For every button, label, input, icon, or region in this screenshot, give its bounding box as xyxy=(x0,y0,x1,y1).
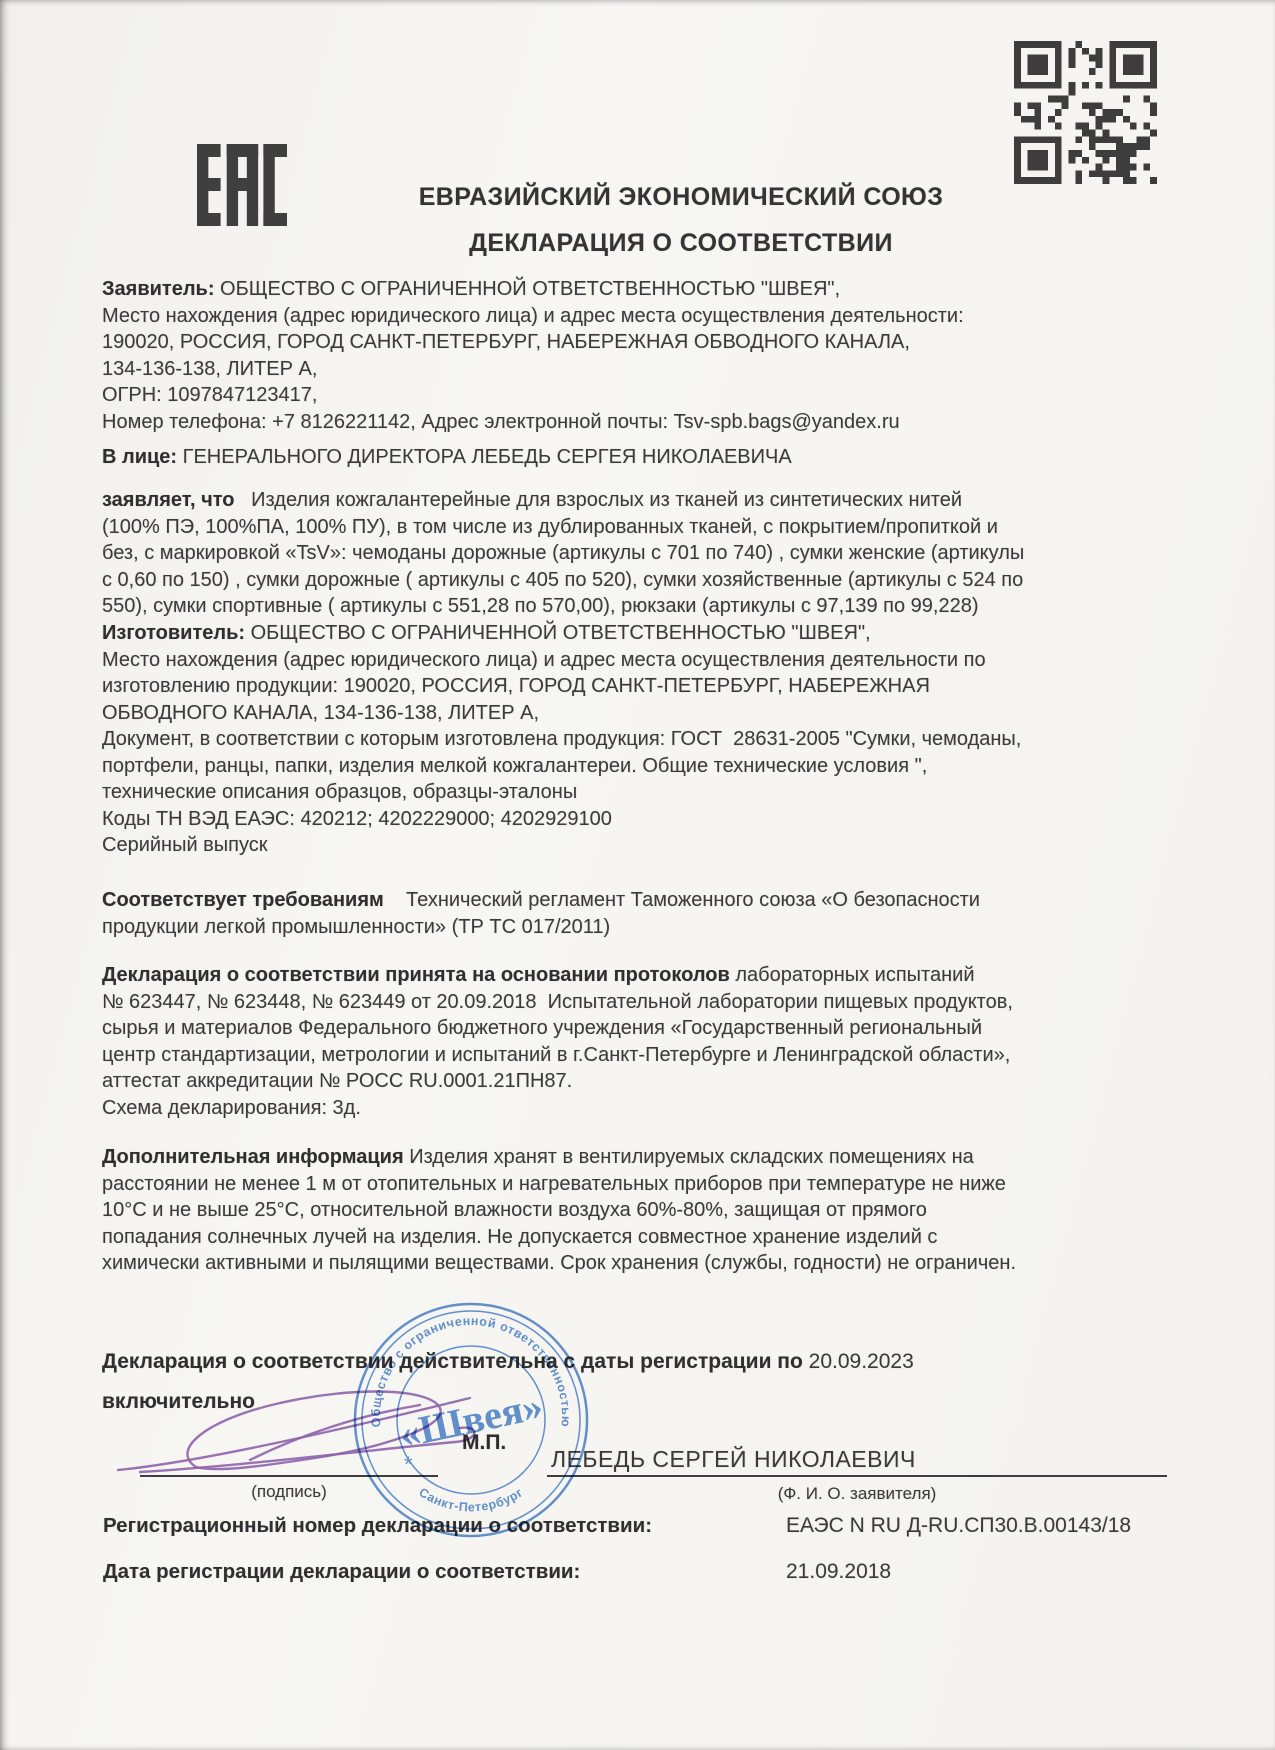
registration-date-value: 21.09.2018 xyxy=(786,1560,891,1584)
basis-paragraph: Декларация о соответствии принята на осн… xyxy=(102,962,1182,1121)
qr-code-icon xyxy=(1012,41,1159,184)
validity-date: 20.09.2023 xyxy=(803,1350,914,1373)
declares-text: Изделия кожгалантерейные для взрослых из… xyxy=(102,489,1024,617)
registration-number-value: ЕАЭС N RU Д-RU.СП30.В.00143/18 xyxy=(786,1514,1131,1538)
in-person-paragraph: В лице: ГЕНЕРАЛЬНОГО ДИРЕКТОРА ЛЕБЕДЬ СЕ… xyxy=(102,444,1182,471)
svg-text:Санкт-Петербург: Санкт-Петербург xyxy=(416,1485,525,1514)
manufacturer-text: ОБЩЕСТВО С ОГРАНИЧЕННОЙ ОТВЕТСТВЕННОСТЬЮ… xyxy=(102,622,1021,856)
stamp-center-text: «Швея» xyxy=(395,1382,546,1456)
declares-paragraph: заявляет, что Изделия кожгалантерейные д… xyxy=(102,487,1182,620)
stamp-ring-text-bottom: Санкт-Петербург xyxy=(416,1485,525,1514)
manufacturer-paragraph: Изготовитель: ОБЩЕСТВО С ОГРАНИЧЕННОЙ ОТ… xyxy=(102,620,1182,859)
applicant-text: ОБЩЕСТВО С ОГРАНИЧЕННОЙ ОТВЕТСТВЕННОСТЬЮ… xyxy=(102,278,964,433)
applicant-name: ЛЕБЕДЬ СЕРГЕЙ НИКОЛАЕВИЧ xyxy=(551,1446,916,1473)
additional-info-label: Дополнительная информация xyxy=(102,1146,404,1168)
doc-title: ДЕКЛАРАЦИЯ О СООТВЕТСТВИИ xyxy=(381,229,981,258)
fio-line xyxy=(547,1475,1167,1477)
declares-label: заявляет, что xyxy=(102,489,235,511)
union-title: ЕВРАЗИЙСКИЙ ЭКОНОМИЧЕСКИЙ СОЮЗ xyxy=(381,183,981,212)
applicant-paragraph: Заявитель: ОБЩЕСТВО С ОГРАНИЧЕННОЙ ОТВЕТ… xyxy=(102,276,1182,435)
company-stamp: Общество с ограниченной ответственностью… xyxy=(351,1300,591,1540)
applicant-label: Заявитель: xyxy=(102,278,215,300)
basis-text: лабораторных испытаний № 623447, № 62344… xyxy=(102,964,1013,1119)
additional-info-paragraph: Дополнительная информация Изделия хранят… xyxy=(102,1144,1182,1277)
in-person-text: ГЕНЕРАЛЬНОГО ДИРЕКТОРА ЛЕБЕДЬ СЕРГЕЯ НИК… xyxy=(177,446,792,468)
registration-date-label: Дата регистрации декларации о соответств… xyxy=(103,1560,580,1584)
eac-logo-icon xyxy=(197,144,287,226)
declaration-document: ЕВРАЗИЙСКИЙ ЭКОНОМИЧЕСКИЙ СОЮЗ ДЕКЛАРАЦИ… xyxy=(0,0,1275,1750)
fio-caption: (Ф. И. О. заявителя) xyxy=(547,1484,1167,1504)
complies-paragraph: Соответствует требованиям Технический ре… xyxy=(102,887,1182,940)
basis-label: Декларация о соответствии принята на осн… xyxy=(102,964,730,986)
manufacturer-label: Изготовитель: xyxy=(102,622,245,644)
complies-label: Соответствует требованиям xyxy=(102,889,384,911)
in-person-label: В лице: xyxy=(102,446,177,468)
